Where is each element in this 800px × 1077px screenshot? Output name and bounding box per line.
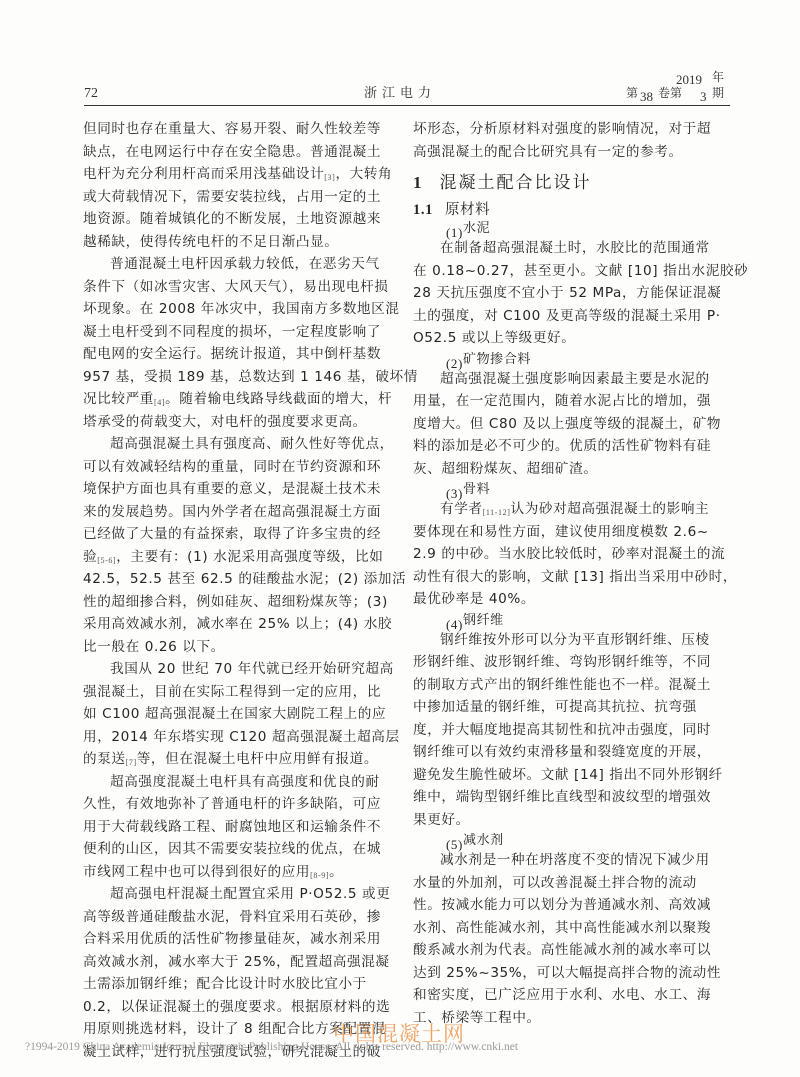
text-line: 地资源。随着城镇化的不断发展，土地资源越来 [83,208,403,231]
citation-ref[interactable]: [4] [154,398,165,407]
line-text: 。随着输电线路导线截面的增大，杆 [165,391,392,407]
line-text: 比一般在 0.26 以下。 [83,639,225,655]
line-text: 坏现象。在 2008 年冰灾中，我国南方多数地区混 [83,301,400,317]
line-text: 土需添加钢纤维；配合比设计时水胶比宜小于 [83,976,367,992]
line-text: 土的强度，对 C100 及更高等级的混凝土采用 P· [413,308,721,324]
text-line: 市线网工程中也可以得到很好的应用[8-9]。 [83,861,403,884]
line-text: ，主要有：(1) 水泥采用高强度等级，比如 [116,549,383,565]
text-line: 配电网的安全运行。据统计报道，其中倒杆基数 [83,343,403,366]
text-line: 境保护方面也具有重要的意义，是混凝土技术未 [83,478,403,501]
text-line: 水剂、高性能减水剂，其中高性能减水剂以聚羧 [413,917,733,940]
text-line: 28 天抗压强度不宜小于 52 MPa，方能保证混凝 [413,282,733,305]
text-line: 的泵送[7]等，但在混凝土电杆中应用鲜有报道。 [83,748,403,771]
line-text: 合料采用优质的活性矿物掺量硅灰，减水剂采用 [83,931,381,947]
text-line: 最优砂率是 40%。 [413,588,733,611]
line-text: 久性，有效地弥补了普通电杆的许多缺陷，可应 [83,796,381,812]
text-line: 合料采用优质的活性矿物掺量硅灰，减水剂采用 [83,928,403,951]
item-label: 骨料 [463,482,490,497]
line-text: 要体现在和易性方面，建议使用细度模数 2.6~ [413,524,709,540]
item-number: (5) [446,837,463,852]
line-text: 性。按减水能力可以划分为普通减水剂、高效减 [413,897,711,913]
text-line: 采用高效减水剂，减水率在 25% 以上；(4) 水胶 [83,613,403,636]
line-text: 用量，在一定范围内，随着水泥占比的增加，强 [413,393,711,409]
line-text: 认为砂对超高强混凝土的影响主 [511,501,710,517]
line-text: 缺点，在电网运行中存在安全隐患。普通混凝土 [83,144,381,160]
item-number: (3) [446,486,463,501]
line-text: 超高强混凝土具有强度高、耐久性好等优点， [110,436,394,452]
text-line: 塔承受的荷载变大，对电杆的强度要求更高。 [83,411,403,434]
text-line: 性的超细掺合料，例如硅灰、超细粉煤灰等；(3) [83,591,403,614]
issue-prefix: 第 [626,84,638,101]
line-text: 的泵送 [83,751,126,767]
issue-number: 3 [700,89,707,105]
line-text: 最优砂率是 40%。 [413,591,535,607]
text-line: 超高强度混凝土电杆具有高强度和优良的耐 [83,771,403,794]
text-line: 要体现在和易性方面，建议使用细度模数 2.6~ [413,521,733,544]
item-label: 水泥 [463,221,490,236]
line-text: 已经做了大量的有益探索，取得了许多宝贵的经 [83,526,381,542]
item-label: 矿物掺合料 [463,352,531,367]
text-line: 已经做了大量的有益探索，取得了许多宝贵的经 [83,523,403,546]
line-text: 中掺加适量的钢纤维，可提高其抗拉、抗弯强 [413,699,697,715]
text-line: 在 0.18~0.27，甚至更小。文献 [10] 指出水泥胶砂 [413,260,733,283]
text-line: 水量的外加剂，可以改善混凝土拌合物的流动 [413,872,733,895]
line-text: 普通混凝土电杆因承载力较低，在恶劣天气 [110,256,380,272]
text-line: 但同时也存在重量大、容易开裂、耐久性较差等 [83,118,403,141]
line-text: 水剂、高性能减水剂，其中高性能减水剂以聚羧 [413,920,711,936]
citation-ref[interactable]: [11-12] [483,508,511,517]
text-line: 有学者[11-12]认为砂对超高强混凝土的影响主 [413,498,733,521]
line-text: 。 [329,864,343,880]
text-line: 条件下（如冰雪灾害、大风天气），易出现电杆损 [83,276,403,299]
material-subheading: (3)骨料 [413,480,733,498]
text-line: 中掺加适量的钢纤维，可提高其抗拉、抗弯强 [413,696,733,719]
item-number: (1) [446,225,463,240]
line-text: 采用高效减水剂，减水率在 25% 以上；(4) 水胶 [83,616,392,632]
text-line: 可以有效减轻结构的重量，同时在节约资源和环 [83,456,403,479]
text-line: 用于大荷载线路工程、耐腐蚀地区和运输条件不 [83,816,403,839]
text-line: 料的添加是必不可少的。优质的活性矿物料有硅 [413,435,733,458]
text-line: 减水剂是一种在坍落度不变的情况下减少用 [413,849,733,872]
text-line: 验[5-6]，主要有：(1) 水泥采用高强度等级，比如 [83,546,403,569]
line-text: 动性有很大的影响，文献 [13] 指出当采用中砂时， [413,569,737,585]
text-line: 957 基，受损 189 基，总数达到 1 146 基，破坏情 [83,366,403,389]
line-text: 我国从 20 世纪 70 年代就已经开始研究超高 [110,661,394,677]
line-text: 避免发生脆性破坏。文献 [14] 指出不同外形钢纤 [413,767,723,783]
line-text: 果更好。 [413,812,470,828]
line-text: 电杆为充分利用杆高而采用浅基础设计 [83,166,324,182]
text-line: 土需添加钢纤维；配合比设计时水胶比宜小于 [83,973,403,996]
text-line: 0.2，以保证混凝土的强度要求。根据原材料的选 [83,996,403,1019]
text-line: 和密实度，已广泛应用于水利、水电、水工、海 [413,984,733,1007]
material-subheading: (4)钢纤维 [413,611,733,629]
issue-suffix: 期 [712,84,724,101]
line-text: 形钢纤维、波形钢纤维、弯钩形钢纤维等，不同 [413,654,711,670]
text-line: 如 C100 超高强混凝土在国家大剧院工程上的应 [83,703,403,726]
text-line: 高效减水剂，减水率大于 25%，配置超高强混凝 [83,951,403,974]
line-text: 高等级普通硅酸盐水泥，骨料宜采用石英砂，掺 [83,909,381,925]
line-text: 但同时也存在重量大、容易开裂、耐久性较差等 [83,121,381,137]
line-text: 超高强电杆混凝土配置宜采用 P·O52.5 或更 [110,886,390,902]
text-line: 普通混凝土电杆因承载力较低，在恶劣天气 [83,253,403,276]
line-text: 可以有效减轻结构的重量，同时在节约资源和环 [83,459,381,475]
section-number: 1 [413,173,424,192]
text-line: 灰、超细粉煤灰、超细矿渣。 [413,458,733,481]
line-text: 境保护方面也具有重要的意义，是混凝土技术未 [83,481,381,497]
text-line: 42.5，52.5 甚至 62.5 的硅酸盐水泥；(2) 添加活 [83,568,403,591]
line-text: 和密实度，已广泛应用于水利、水电、水工、海 [413,987,711,1003]
text-line: 况比较严重[4]。随着输电线路导线截面的增大，杆 [83,388,403,411]
line-text: 料的添加是必不可少的。优质的活性矿物料有硅 [413,438,711,454]
item-number: (2) [446,356,463,371]
line-text: 钢纤维可以有效约束滑移量和裂缝宽度的开展， [413,744,711,760]
text-line: 超高强电杆混凝土配置宜采用 P·O52.5 或更 [83,883,403,906]
text-line: 凝土电杆受到不同程度的损坏，一定程度影响了 [83,321,403,344]
line-text: 来的发展趋势。国内外学者在超高强混凝土方面 [83,504,381,520]
line-text: 配电网的安全运行。据统计报道，其中倒杆基数 [83,346,381,362]
text-line: 果更好。 [413,809,733,832]
text-line: O52.5 或以上等级更好。 [413,327,733,350]
line-text: 便利的山区，因其不需要安装拉线的优点，在城 [83,841,381,857]
line-text: 水量的外加剂，可以改善混凝土拌合物的流动 [413,875,697,891]
text-line: 土的强度，对 C100 及更高等级的混凝土采用 P· [413,305,733,328]
material-subheading: (1)水泥 [413,219,733,237]
text-line: 我国从 20 世纪 70 年代就已经开始研究超高 [83,658,403,681]
materials-list: (1)水泥在制备超高强混凝土时，水胶比的范围通常在 0.18~0.27，甚至更小… [413,219,733,1029]
text-line: 形钢纤维、波形钢纤维、弯钩形钢纤维等，不同 [413,651,733,674]
copyright-footer: ?1994-2019 China Academic Journal Electr… [25,1041,518,1053]
text-line: 2.9 的中砂。当水胶比较低时，砂率对混凝土的流 [413,543,733,566]
left-column: 但同时也存在重量大、容易开裂、耐久性较差等缺点，在电网运行中存在安全隐患。普通混… [83,118,403,1063]
line-text: 度增大。但 C80 及以上强度等级的混凝土，矿物 [413,416,721,432]
line-text: 有学者 [440,501,483,517]
text-line: 用，2014 年东塔实现 C120 超高强混凝土超高层 [83,726,403,749]
line-text: 市线网工程中也可以得到很好的应用 [83,864,310,880]
running-header: 72 浙江电力 第 38 卷第 2019 年 3 期 [84,72,730,106]
subsection-heading: 1.1原材料 [413,197,733,219]
line-text: 况比较严重 [83,391,154,407]
line-text: 超高强混凝土强度影响因素最主要是水泥的 [440,371,710,387]
line-text: 的制取方式产出的钢纤维性能也不一样。混凝土 [413,677,711,693]
text-line: 电杆为充分利用杆高而采用浅基础设计[3]，大转角 [83,163,403,186]
text-line: 度，并大幅度地提高其韧性和抗冲击强度，同时 [413,719,733,742]
page-number: 72 [84,86,98,102]
line-text: 等，但在混凝土电杆中应用鲜有报道。 [137,751,378,767]
text-line: 来的发展趋势。国内外学者在超高强混凝土方面 [83,501,403,524]
intro-line: 坏形态，分析原材料对强度的影响情况，对于超 [413,118,733,141]
text-line: 维中，端钩型钢纤维比直线型和波纹型的增强效 [413,786,733,809]
citation-ref[interactable]: [7] [126,758,137,767]
line-text: 达到 25%~35%，可以大幅提高拌合物的流动性 [413,965,721,981]
line-text: 酸系减水剂为代表。高性能减水剂的减水率可以 [413,942,711,958]
text-line: 在制备超高强混凝土时，水胶比的范围通常 [413,237,733,260]
line-text: 0.2，以保证混凝土的强度要求。根据原材料的选 [83,999,390,1015]
item-label: 减水剂 [463,833,504,848]
citation-ref[interactable]: [8-9] [310,871,329,880]
line-text: 越稀缺，使得传统电杆的不足日渐凸显。 [83,234,339,250]
line-text: 28 天抗压强度不宜小于 52 MPa，方能保证混凝 [413,285,721,301]
material-subheading: (5)减水剂 [413,831,733,849]
material-subheading: (2)矿物掺合料 [413,350,733,368]
issue-info: 第 38 卷第 2019 年 3 期 [620,72,730,106]
text-line: 或大荷载情况下，需要安装拉线，占用一定的土 [83,186,403,209]
line-text: 度，并大幅度地提高其韧性和抗冲击强度，同时 [413,722,711,738]
citation-ref[interactable]: [3] [324,173,335,182]
text-line: 酸系减水剂为代表。高性能减水剂的减水率可以 [413,939,733,962]
line-text: O52.5 或以上等级更好。 [413,330,575,346]
text-line: 钢纤维可以有效约束滑移量和裂缝宽度的开展， [413,741,733,764]
text-line: 的制取方式产出的钢纤维性能也不一样。混凝土 [413,674,733,697]
line-text: 超高强度混凝土电杆具有高强度和优良的耐 [110,774,380,790]
text-line: 超高强混凝土具有强度高、耐久性好等优点， [83,433,403,456]
section-heading: 1混凝土配合比设计 [413,163,733,197]
text-line: 缺点，在电网运行中存在安全隐患。普通混凝土 [83,141,403,164]
line-text: 凝土电杆受到不同程度的损坏，一定程度影响了 [83,324,381,340]
text-line: 坏现象。在 2008 年冰灾中，我国南方多数地区混 [83,298,403,321]
right-column: 坏形态，分析原材料对强度的影响情况，对于超 高强混凝土的配合比研究具有一定的参考… [413,118,733,1029]
text-line: 便利的山区，因其不需要安装拉线的优点，在城 [83,838,403,861]
intro-line: 高强混凝土的配合比研究具有一定的参考。 [413,141,733,164]
text-line: 达到 25%~35%，可以大幅提高拌合物的流动性 [413,962,733,985]
line-text: 在 0.18~0.27，甚至更小。文献 [10] 指出水泥胶砂 [413,263,748,279]
subsection-number: 1.1 [413,202,433,218]
line-text: 钢纤维按外形可以分为平直形钢纤维、压棱 [440,632,710,648]
text-line: 度增大。但 C80 及以上强度等级的混凝土，矿物 [413,413,733,436]
line-text: 减水剂是一种在坍落度不变的情况下减少用 [440,852,710,868]
line-text: 2.9 的中砂。当水胶比较低时，砂率对混凝土的流 [413,546,725,562]
text-line: 久性，有效地弥补了普通电杆的许多缺陷，可应 [83,793,403,816]
line-text: 用，2014 年东塔实现 C120 超高强混凝土超高层 [83,729,400,745]
volume-number: 38 [640,89,653,105]
year: 2019 [676,72,702,88]
section-title: 混凝土配合比设计 [440,173,592,193]
line-text: 在制备超高强混凝土时，水胶比的范围通常 [440,240,710,256]
text-line: 高等级普通硅酸盐水泥，骨料宜采用石英砂，掺 [83,906,403,929]
line-text: 条件下（如冰雪灾害、大风天气），易出现电杆损 [83,279,388,295]
text-line: 用量，在一定范围内，随着水泥占比的增加，强 [413,390,733,413]
text-line: 性。按减水能力可以划分为普通减水剂、高效减 [413,894,733,917]
item-label: 钢纤维 [463,613,504,628]
line-text: 如 C100 超高强混凝土在国家大剧院工程上的应 [83,706,386,722]
line-text: 塔承受的荷载变大，对电杆的强度要求更高。 [83,414,367,430]
line-text: 强混凝土，目前在实际工程得到一定的应用，比 [83,684,381,700]
item-number: (4) [446,617,463,632]
line-text: ，大转角 [335,166,392,182]
text-line: 越稀缺，使得传统电杆的不足日渐凸显。 [83,231,403,254]
text-line: 比一般在 0.26 以下。 [83,636,403,659]
line-text: 高效减水剂，减水率大于 25%，配置超高强混凝 [83,954,390,970]
citation-ref[interactable]: [5-6] [97,556,116,565]
year-suffix: 年 [712,68,724,85]
line-text: 性的超细掺合料，例如硅灰、超细粉煤灰等；(3) [83,594,388,610]
line-text: 验 [83,549,97,565]
line-text: 灰、超细粉煤灰、超细矿渣。 [413,461,598,477]
line-text: 用于大荷载线路工程、耐腐蚀地区和运输条件不 [83,819,381,835]
subsection-title: 原材料 [445,202,490,218]
text-line: 避免发生脆性破坏。文献 [14] 指出不同外形钢纤 [413,764,733,787]
text-line: 动性有很大的影响，文献 [13] 指出当采用中砂时， [413,566,733,589]
text-line: 强混凝土，目前在实际工程得到一定的应用，比 [83,681,403,704]
line-text: 或大荷载情况下，需要安装拉线，占用一定的土 [83,189,381,205]
line-text: 维中，端钩型钢纤维比直线型和波纹型的增强效 [413,789,711,805]
line-text: 地资源。随着城镇化的不断发展，土地资源越来 [83,211,381,227]
journal-name: 浙江电力 [364,82,436,101]
line-text: 957 基，受损 189 基，总数达到 1 146 基，破坏情 [83,369,418,385]
line-text: 42.5，52.5 甚至 62.5 的硅酸盐水泥；(2) 添加活 [83,571,406,587]
